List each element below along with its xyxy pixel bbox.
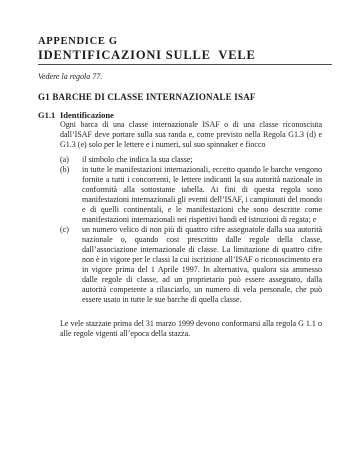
- item-label: (c): [60, 225, 82, 305]
- intro-paragraph: Ogni barca di una classe internazionale …: [60, 120, 322, 150]
- appendix-label: APPENDICE G: [38, 36, 322, 48]
- subsection-title: Identificazione: [60, 110, 322, 120]
- closing-paragraph: Le vele stazzate prima del 31 marzo 1999…: [60, 319, 322, 339]
- subsection-body: Identificazione Ogni barca di una classe…: [60, 110, 322, 339]
- item-label: (b): [60, 165, 82, 225]
- subsection-number: G1.1: [38, 110, 60, 339]
- document-page: APPENDICE G IDENTIFICAZIONI SULLE VELE V…: [38, 36, 322, 339]
- item-list: (a) il simbolo che indica la sua classe;…: [60, 155, 322, 305]
- item-text: in tutte le manifestazioni internazional…: [82, 165, 322, 225]
- section-heading-g1: G1 BARCHE DI CLASSE INTERNAZIONALE ISAF: [38, 92, 322, 103]
- page-title: IDENTIFICAZIONI SULLE VELE: [38, 48, 332, 65]
- item-label: (a): [60, 155, 82, 165]
- list-item-b: (b) in tutte le manifestazioni internazi…: [60, 165, 322, 225]
- list-item-a: (a) il simbolo che indica la sua classe;: [60, 155, 322, 165]
- item-text: un numero velico di non più di quattro c…: [82, 225, 322, 305]
- subsection-g1-1: G1.1 Identificazione Ogni barca di una c…: [38, 110, 322, 339]
- list-item-c: (c) un numero velico di non più di quatt…: [60, 225, 322, 305]
- see-rule-note: Vedere la regola 77.: [38, 72, 322, 82]
- item-text: il simbolo che indica la sua classe;: [82, 155, 322, 165]
